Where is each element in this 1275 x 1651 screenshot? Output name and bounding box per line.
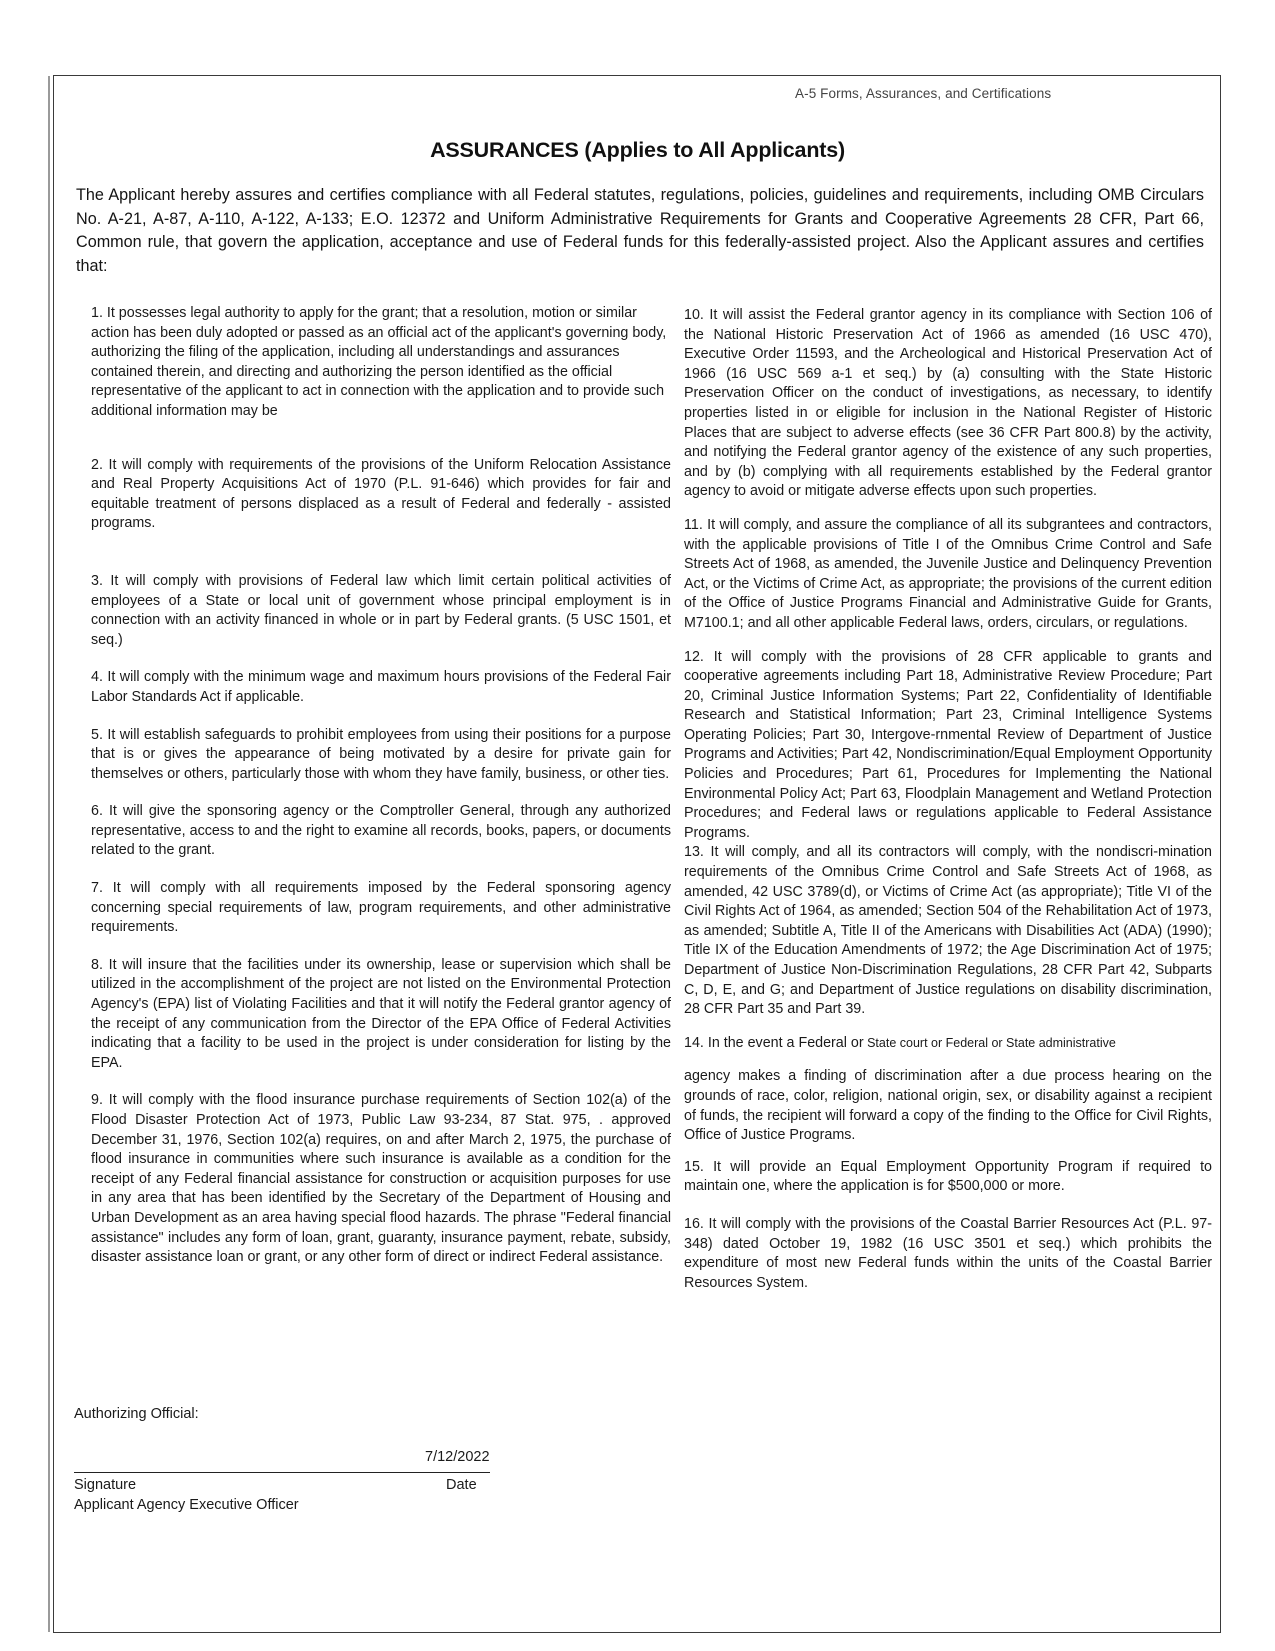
assurance-item-10: 10. It will assist the Federal grantor a… [684, 306, 1212, 502]
assurances-right-column: 10. It will assist the Federal grantor a… [684, 306, 1212, 1307]
assurance-item-4: 4. It will comply with the minimum wage … [91, 668, 671, 707]
item-14-body-text: agency makes a finding of discrimination… [684, 1068, 1212, 1143]
scan-edge [48, 76, 50, 1632]
assurance-item-9: 9. It will comply with the flood insuran… [91, 1091, 671, 1267]
assurance-item-5: 5. It will establish safeguards to prohi… [91, 726, 671, 785]
assurance-item-7: 7. It will comply with all requirements … [91, 879, 671, 938]
assurances-left-column: 1. It possesses legal authority to apply… [91, 304, 671, 1286]
item-14-lead-text: 14. In the event a Federal or [684, 1035, 864, 1051]
assurance-item-13: 13. It will comply, and all its contract… [684, 843, 1212, 1019]
assurance-item-11: 11. It will comply, and assure the compl… [684, 516, 1212, 634]
assurance-item-15: 15. It will provide an Equal Employment … [684, 1158, 1212, 1197]
intro-paragraph: The Applicant hereby assures and certifi… [76, 184, 1204, 278]
assurance-item-14: 14. In the event a Federal or State cour… [684, 1034, 1212, 1146]
assurance-item-2: 2. It will comply with requirements of t… [91, 456, 671, 534]
authorizing-official-label: Authorizing Official: [74, 1406, 199, 1422]
assurance-item-1: 1. It possesses legal authority to apply… [91, 304, 671, 422]
assurance-item-6: 6. It will give the sponsoring agency or… [91, 802, 671, 861]
assurance-item-8: 8. It will insure that the facilities un… [91, 956, 671, 1074]
signature-caption: Signature [74, 1477, 136, 1493]
assurance-item-16: 16. It will comply with the provisions o… [684, 1215, 1212, 1293]
assurance-item-12: 12. It will comply with the provisions o… [684, 648, 1212, 844]
signature-date-value: 7/12/2022 [425, 1449, 490, 1465]
assurance-item-14-lead: 14. In the event a Federal or State cour… [684, 1034, 1212, 1054]
section-label: A-5 Forms, Assurances, and Certification… [795, 86, 1051, 101]
assurance-item-3: 3. It will comply with provisions of Fed… [91, 572, 671, 650]
date-caption: Date [446, 1477, 477, 1493]
signature-line [74, 1472, 490, 1473]
signer-role: Applicant Agency Executive Officer [74, 1497, 299, 1513]
item-14-small-text: State court or Federal or State administ… [864, 1036, 1116, 1050]
page-title: ASSURANCES (Applies to All Applicants) [0, 138, 1275, 163]
